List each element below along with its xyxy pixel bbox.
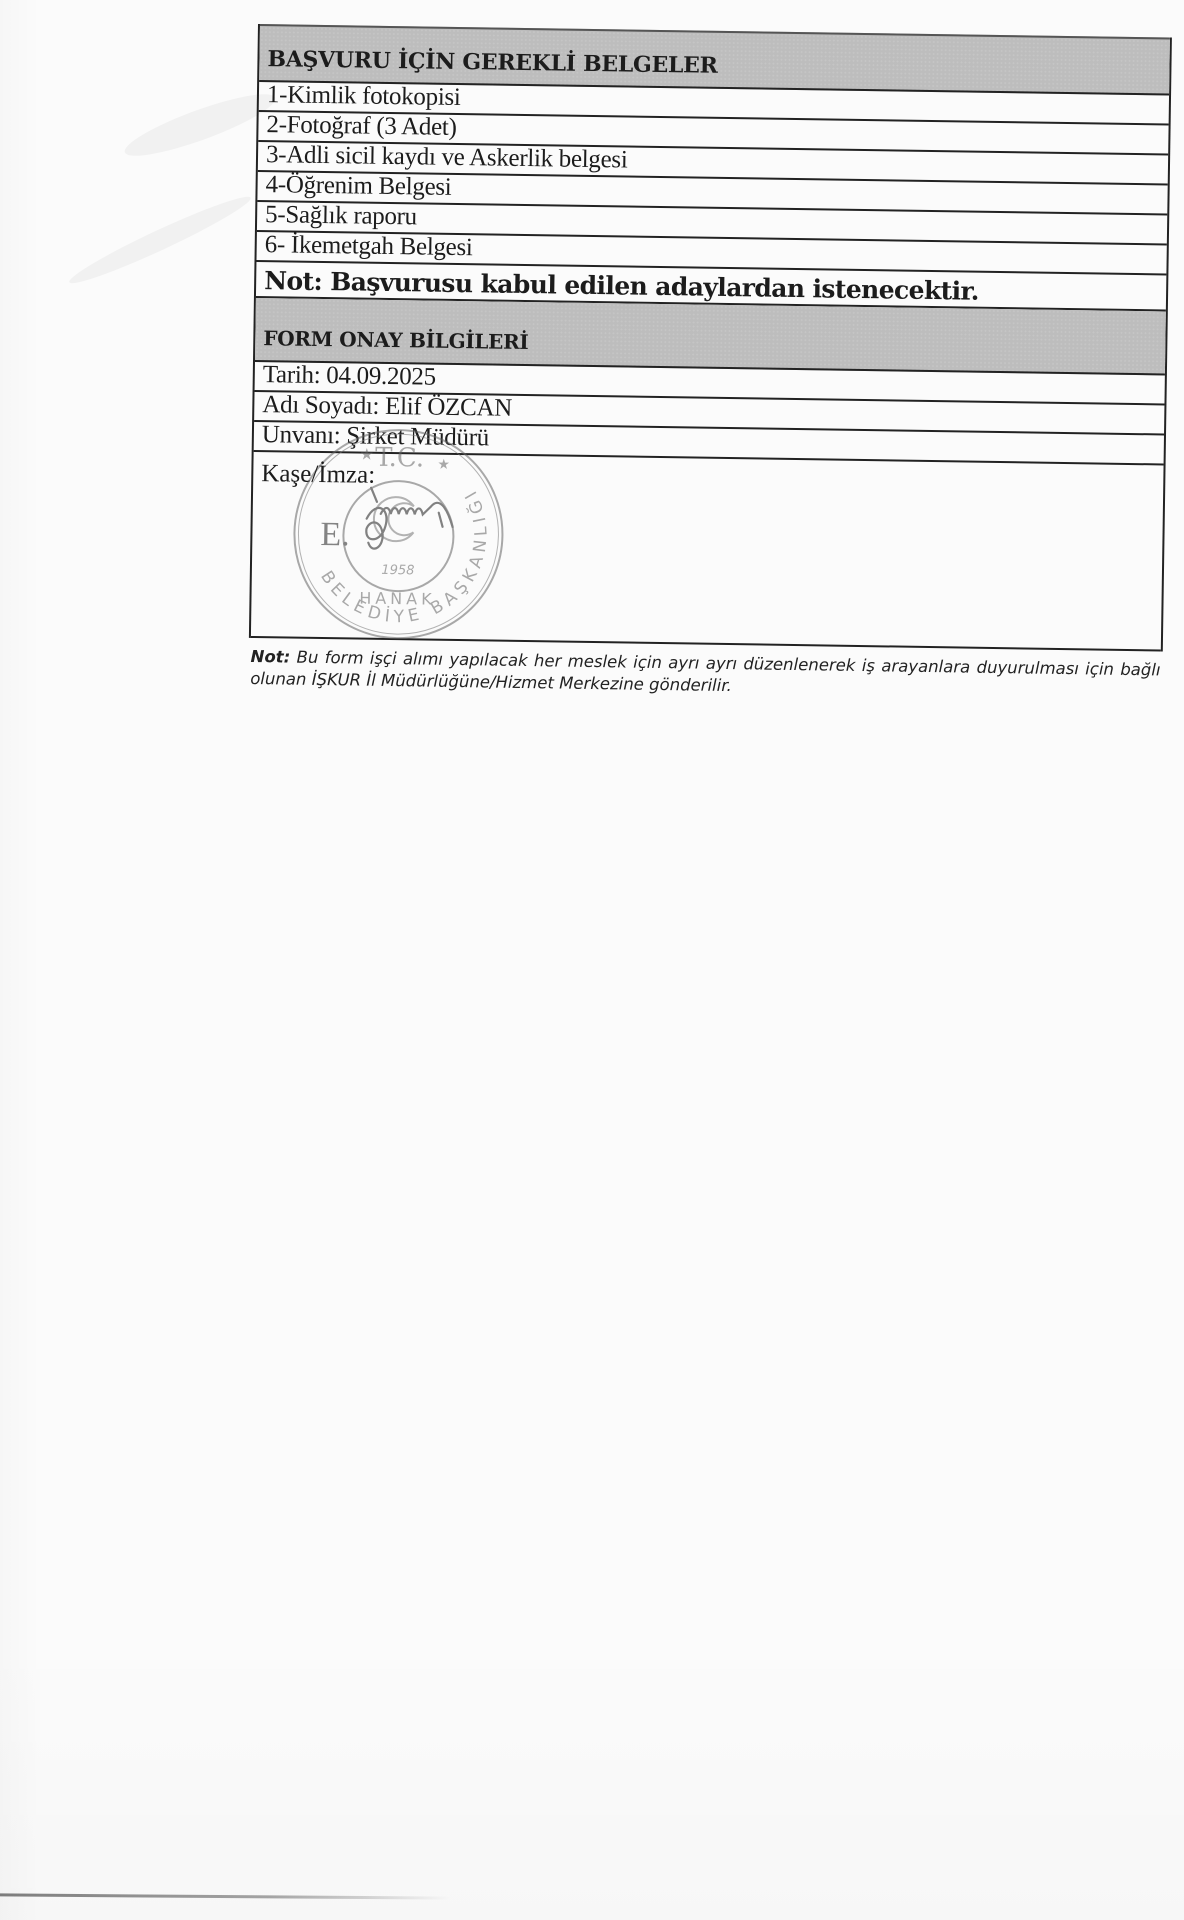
svg-text:★: ★ [437, 458, 450, 473]
footnote-text: Bu form işçi alımı yapılacak her meslek … [250, 648, 1161, 695]
name-value: Elif ÖZCAN [385, 393, 512, 423]
stamp-signature-label: Kaşe/İmza: [261, 460, 375, 489]
application-form-section: BAŞVURU İÇİN GEREKLİ BELGELER 1-Kimlik f… [248, 24, 1172, 703]
stamp-signature-box: Kaşe/İmza: T.C. ★ ★ 1958 HANAK BELEDİYE … [251, 452, 1164, 651]
required-documents-table: BAŞVURU İÇİN GEREKLİ BELGELER 1-Kimlik f… [249, 24, 1172, 651]
svg-text:T.C.: T.C. [375, 443, 424, 474]
date-label: Tarih: [263, 361, 321, 390]
footnote-prefix: Not: [250, 647, 290, 667]
svg-text:E.: E. [320, 516, 350, 553]
date-value: 04.09.2025 [326, 362, 436, 392]
official-stamp-icon: T.C. ★ ★ 1958 HANAK BELEDİYE BAŞKANLIĞI … [287, 423, 510, 646]
svg-text:1958: 1958 [381, 563, 414, 578]
name-label: Adı Soyadı: [262, 391, 379, 421]
